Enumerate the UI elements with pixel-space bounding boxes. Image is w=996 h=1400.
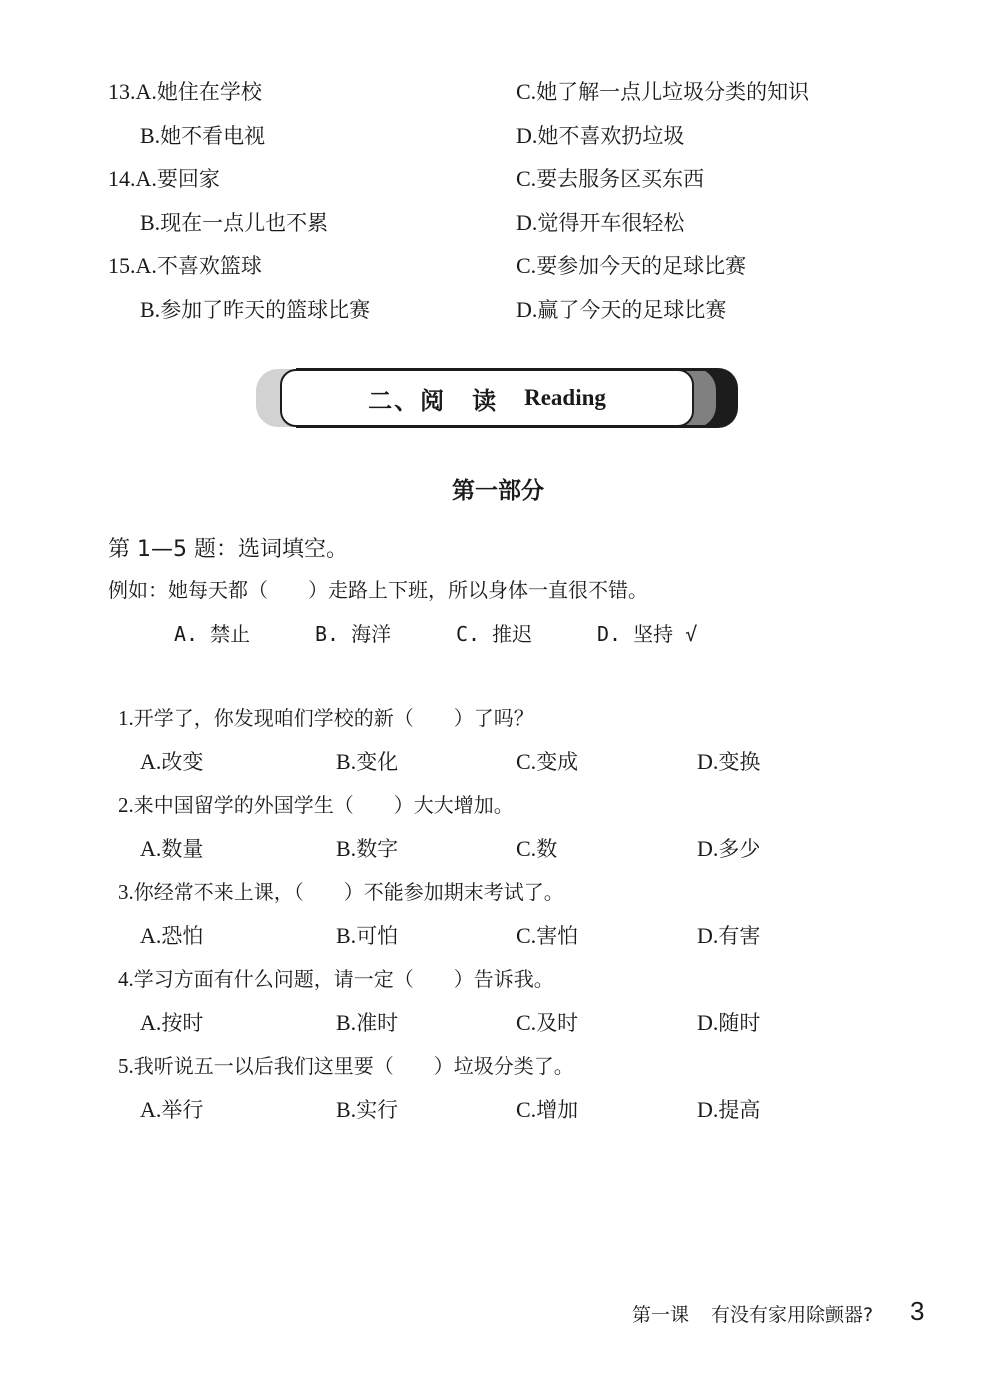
question-text: 开学了，你发现咱们学校的新（ ）了吗？ <box>134 706 534 730</box>
option-text: 她住在学校 <box>157 80 262 104</box>
option-label: A. <box>140 1010 161 1035</box>
option-text: 按时 <box>161 1011 203 1035</box>
option-label: D. <box>597 622 621 646</box>
option-13b: B.她不看电视 <box>140 122 265 150</box>
question-sentence: 3.你经常不来上课，（ ）不能参加期末考试了。 <box>118 878 564 906</box>
option-label: C. <box>516 166 536 191</box>
choice-1c[interactable]: C.变成 <box>516 748 578 776</box>
option-15d: D.赢了今天的足球比赛 <box>516 296 726 324</box>
option-text: 举行 <box>161 1098 203 1122</box>
option-text: 随时 <box>718 1011 760 1035</box>
option-label: C. <box>516 923 536 948</box>
option-label: C. <box>456 622 480 646</box>
option-15b: B.参加了昨天的篮球比赛 <box>140 296 370 324</box>
option-label: A. <box>136 253 157 278</box>
banner-label-box: 二、阅读 Reading <box>280 369 694 427</box>
option-text: 海洋 <box>351 622 391 646</box>
choice-3c[interactable]: C.害怕 <box>516 922 578 950</box>
option-text: 可怕 <box>356 924 398 948</box>
option-13c: C.她了解一点儿垃圾分类的知识 <box>516 78 809 106</box>
check-mark-icon: √ <box>685 622 697 646</box>
option-text: 她不看电视 <box>160 124 265 148</box>
option-label: C. <box>516 749 536 774</box>
choice-3a[interactable]: A.恐怕 <box>140 922 203 950</box>
section-title-char: 读 <box>472 387 498 415</box>
option-text: 变化 <box>356 750 398 774</box>
option-text: 参加了昨天的篮球比赛 <box>160 298 370 322</box>
option-text: 恐怕 <box>161 924 203 948</box>
option-text: 要参加今天的足球比赛 <box>536 254 746 278</box>
choice-5a[interactable]: A.举行 <box>140 1096 203 1124</box>
option-text: 她了解一点儿垃圾分类的知识 <box>536 80 809 104</box>
option-text: 赢了今天的足球比赛 <box>537 298 726 322</box>
option-14a: 14.A.要回家 <box>108 165 220 193</box>
option-label: A. <box>136 166 157 191</box>
choice-1d[interactable]: D.变换 <box>697 748 760 776</box>
question-text: 来中国留学的外国学生（ ）大大增加。 <box>134 793 514 817</box>
option-label: D. <box>516 297 537 322</box>
question-number: 2. <box>118 793 134 817</box>
option-label: B. <box>315 622 339 646</box>
option-label: B. <box>336 923 356 948</box>
option-13a: 13.A.她住在学校 <box>108 78 262 106</box>
option-label: A. <box>140 836 161 861</box>
option-label: A. <box>174 622 198 646</box>
choice-5d[interactable]: D.提高 <box>697 1096 760 1124</box>
option-text: 害怕 <box>536 924 578 948</box>
option-text: 要回家 <box>157 167 220 191</box>
question-number: 5. <box>118 1054 134 1078</box>
option-text: 数 <box>536 837 557 861</box>
question-sentence: 1.开学了，你发现咱们学校的新（ ）了吗？ <box>118 704 534 732</box>
option-text: 增加 <box>536 1098 578 1122</box>
option-text: 不喜欢篮球 <box>157 254 262 278</box>
question-sentence: 2.来中国留学的外国学生（ ）大大增加。 <box>118 791 514 819</box>
question-sentence: 4.学习方面有什么问题，请一定（ ）告诉我。 <box>118 965 554 993</box>
option-label: B. <box>336 1097 356 1122</box>
example-option-d: D. 坚持 √ <box>597 618 697 647</box>
choice-2d[interactable]: D.多少 <box>697 835 760 863</box>
question-number: 15. <box>108 253 136 278</box>
option-label: A. <box>140 1097 161 1122</box>
option-label: B. <box>336 749 356 774</box>
option-text: 准时 <box>356 1011 398 1035</box>
option-text: 实行 <box>356 1098 398 1122</box>
option-14b: B.现在一点儿也不累 <box>140 209 328 237</box>
option-label: B. <box>140 210 160 235</box>
part-title: 第一部分 <box>0 472 996 505</box>
question-sentence: 5.我听说五一以后我们这里要（ ）垃圾分类了。 <box>118 1052 574 1080</box>
choice-3d[interactable]: D.有害 <box>697 922 760 950</box>
section-banner: 二、阅读 Reading <box>256 367 738 429</box>
section-title-char: 阅 <box>420 387 446 415</box>
choice-3b[interactable]: B.可怕 <box>336 922 398 950</box>
option-label: B. <box>140 123 160 148</box>
option-text: 数字 <box>356 837 398 861</box>
example-option-b: B. 海洋 <box>315 618 391 647</box>
option-text: 觉得开车很轻松 <box>537 211 684 235</box>
option-text: 现在一点儿也不累 <box>160 211 328 235</box>
option-text: 推迟 <box>492 622 532 646</box>
option-14c: C.要去服务区买东西 <box>516 165 704 193</box>
section-title-cn: 二、阅读 <box>368 381 498 416</box>
option-text: 坚持 <box>633 622 673 646</box>
example-option-c: C. 推迟 <box>456 618 532 647</box>
question-text: 你经常不来上课，（ ）不能参加期末考试了。 <box>134 880 564 904</box>
option-label: D. <box>516 210 537 235</box>
option-label: C. <box>516 1010 536 1035</box>
option-text: 及时 <box>536 1011 578 1035</box>
option-label: D. <box>697 1010 718 1035</box>
option-text: 变成 <box>536 750 578 774</box>
question-number: 13. <box>108 79 136 104</box>
option-label: C. <box>516 836 536 861</box>
option-label: D. <box>697 923 718 948</box>
option-label: C. <box>516 1097 536 1122</box>
option-label: D. <box>697 836 718 861</box>
option-label: D. <box>697 1097 718 1122</box>
choice-4c[interactable]: C.及时 <box>516 1009 578 1037</box>
option-label: A. <box>140 923 161 948</box>
example-sentence: 例如：她每天都（ ）走路上下班，所以身体一直很不错。 <box>108 574 648 603</box>
option-label: D. <box>697 749 718 774</box>
footer-lesson: 第一课有没有家用除颤器? <box>632 1300 873 1327</box>
option-text: 变换 <box>718 750 760 774</box>
choice-5b[interactable]: B.实行 <box>336 1096 398 1124</box>
question-number: 3. <box>118 880 134 904</box>
option-label: B. <box>336 836 356 861</box>
page-number: 3 <box>910 1296 924 1327</box>
option-label: C. <box>516 253 536 278</box>
option-14d: D.觉得开车很轻松 <box>516 209 684 237</box>
option-label: B. <box>336 1010 356 1035</box>
option-label: D. <box>516 123 537 148</box>
choice-2a[interactable]: A.数量 <box>140 835 203 863</box>
option-label: C. <box>516 79 536 104</box>
option-text: 改变 <box>161 750 203 774</box>
section-title-en: Reading <box>524 385 606 411</box>
choice-2c[interactable]: C.数 <box>516 835 557 863</box>
option-text: 多少 <box>718 837 760 861</box>
choice-4b[interactable]: B.准时 <box>336 1009 398 1037</box>
option-15c: C.要参加今天的足球比赛 <box>516 252 746 280</box>
choice-2b[interactable]: B.数字 <box>336 835 398 863</box>
question-number: 4. <box>118 967 134 991</box>
option-15a: 15.A.不喜欢篮球 <box>108 252 262 280</box>
question-text: 学习方面有什么问题，请一定（ ）告诉我。 <box>134 967 554 991</box>
option-text: 要去服务区买东西 <box>536 167 704 191</box>
choice-1b[interactable]: B.变化 <box>336 748 398 776</box>
question-number: 14. <box>108 166 136 191</box>
choice-1a[interactable]: A.改变 <box>140 748 203 776</box>
example-prefix: 例如： <box>108 578 168 602</box>
question-text: 我听说五一以后我们这里要（ ）垃圾分类了。 <box>134 1054 574 1078</box>
question-number: 1. <box>118 706 134 730</box>
lesson-label: 第一课 <box>632 1304 689 1326</box>
choice-4a[interactable]: A.按时 <box>140 1009 203 1037</box>
section-number: 二、 <box>368 387 420 415</box>
option-text: 数量 <box>161 837 203 861</box>
option-text: 禁止 <box>210 622 250 646</box>
option-text: 提高 <box>718 1098 760 1122</box>
lesson-title: 有没有家用除颤器? <box>711 1304 873 1326</box>
option-text: 有害 <box>718 924 760 948</box>
choice-5c[interactable]: C.增加 <box>516 1096 578 1124</box>
example-option-a: A. 禁止 <box>174 618 250 647</box>
option-label: A. <box>140 749 161 774</box>
option-text: 她不喜欢扔垃圾 <box>537 124 684 148</box>
option-label: A. <box>136 79 157 104</box>
choice-4d[interactable]: D.随时 <box>697 1009 760 1037</box>
option-label: B. <box>140 297 160 322</box>
example-text: 她每天都（ ）走路上下班，所以身体一直很不错。 <box>168 578 648 602</box>
option-13d: D.她不喜欢扔垃圾 <box>516 122 684 150</box>
instruction: 第 1—5 题：选词填空。 <box>108 532 348 563</box>
